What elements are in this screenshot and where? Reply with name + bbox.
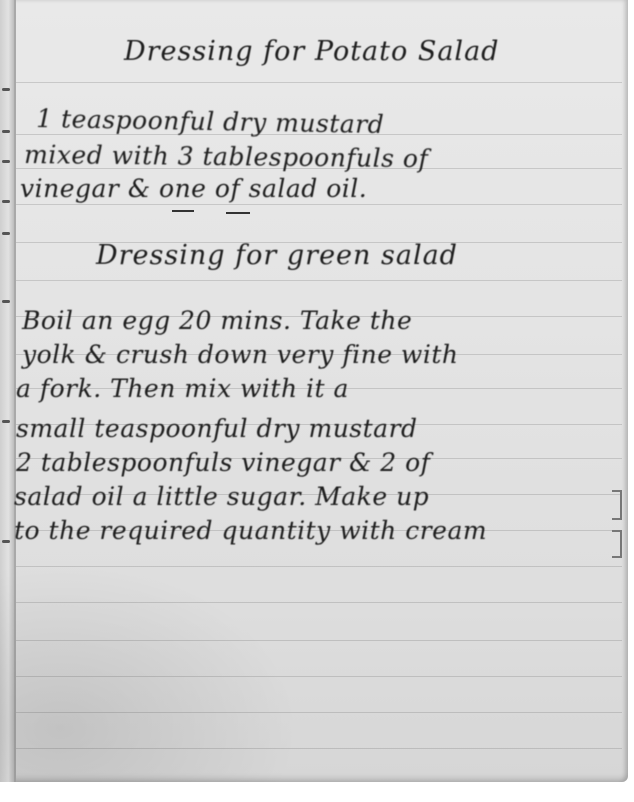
recipe-line: mixed with 3 tablespoonfuls of [24, 140, 428, 173]
ruled-line [16, 280, 622, 281]
ruled-line [16, 640, 622, 641]
page-binding-edge [0, 0, 16, 782]
ruled-line [16, 676, 622, 677]
recipe-line: 2 tablespoonfuls vinegar & 2 of [16, 448, 430, 477]
recipe-line: small teaspoonful dry mustard [16, 414, 418, 443]
underline-mark [172, 210, 194, 212]
recipe-line: Boil an egg 20 mins. Take the [22, 306, 412, 335]
binding-stitch [2, 130, 10, 133]
binding-stitch [2, 540, 10, 543]
recipe-line: 1 teaspoonful dry mustard [36, 104, 384, 139]
ruled-line [16, 712, 622, 713]
binding-stitch [2, 232, 10, 235]
ruled-line [16, 82, 622, 83]
recipe-line: salad oil a little sugar. Make up [14, 482, 429, 511]
binding-stitch [2, 88, 10, 91]
binding-stitch [2, 200, 10, 203]
binding-stitch [2, 420, 10, 423]
binding-stitch [2, 300, 10, 303]
recipe-line: yolk & crush down very fine with [22, 340, 458, 369]
margin-bracket-mark [612, 530, 622, 558]
recipe-line: to the required quantity with cream [14, 516, 487, 545]
ruled-line [16, 602, 622, 603]
ruled-line [16, 566, 622, 567]
recipe-line: vinegar & one of salad oil. [20, 174, 367, 203]
ruled-line [16, 748, 622, 749]
recipe-title-potato-salad: Dressing for Potato Salad [124, 36, 499, 67]
binding-stitch [2, 160, 10, 163]
notebook-page: Dressing for Potato Salad 1 teaspoonful … [0, 0, 628, 782]
margin-bracket-mark [612, 490, 622, 520]
ruled-line [16, 204, 622, 205]
underline-mark [226, 212, 250, 214]
recipe-line: a fork. Then mix with it a [16, 374, 349, 403]
recipe-title-green-salad: Dressing for green salad [96, 240, 458, 271]
